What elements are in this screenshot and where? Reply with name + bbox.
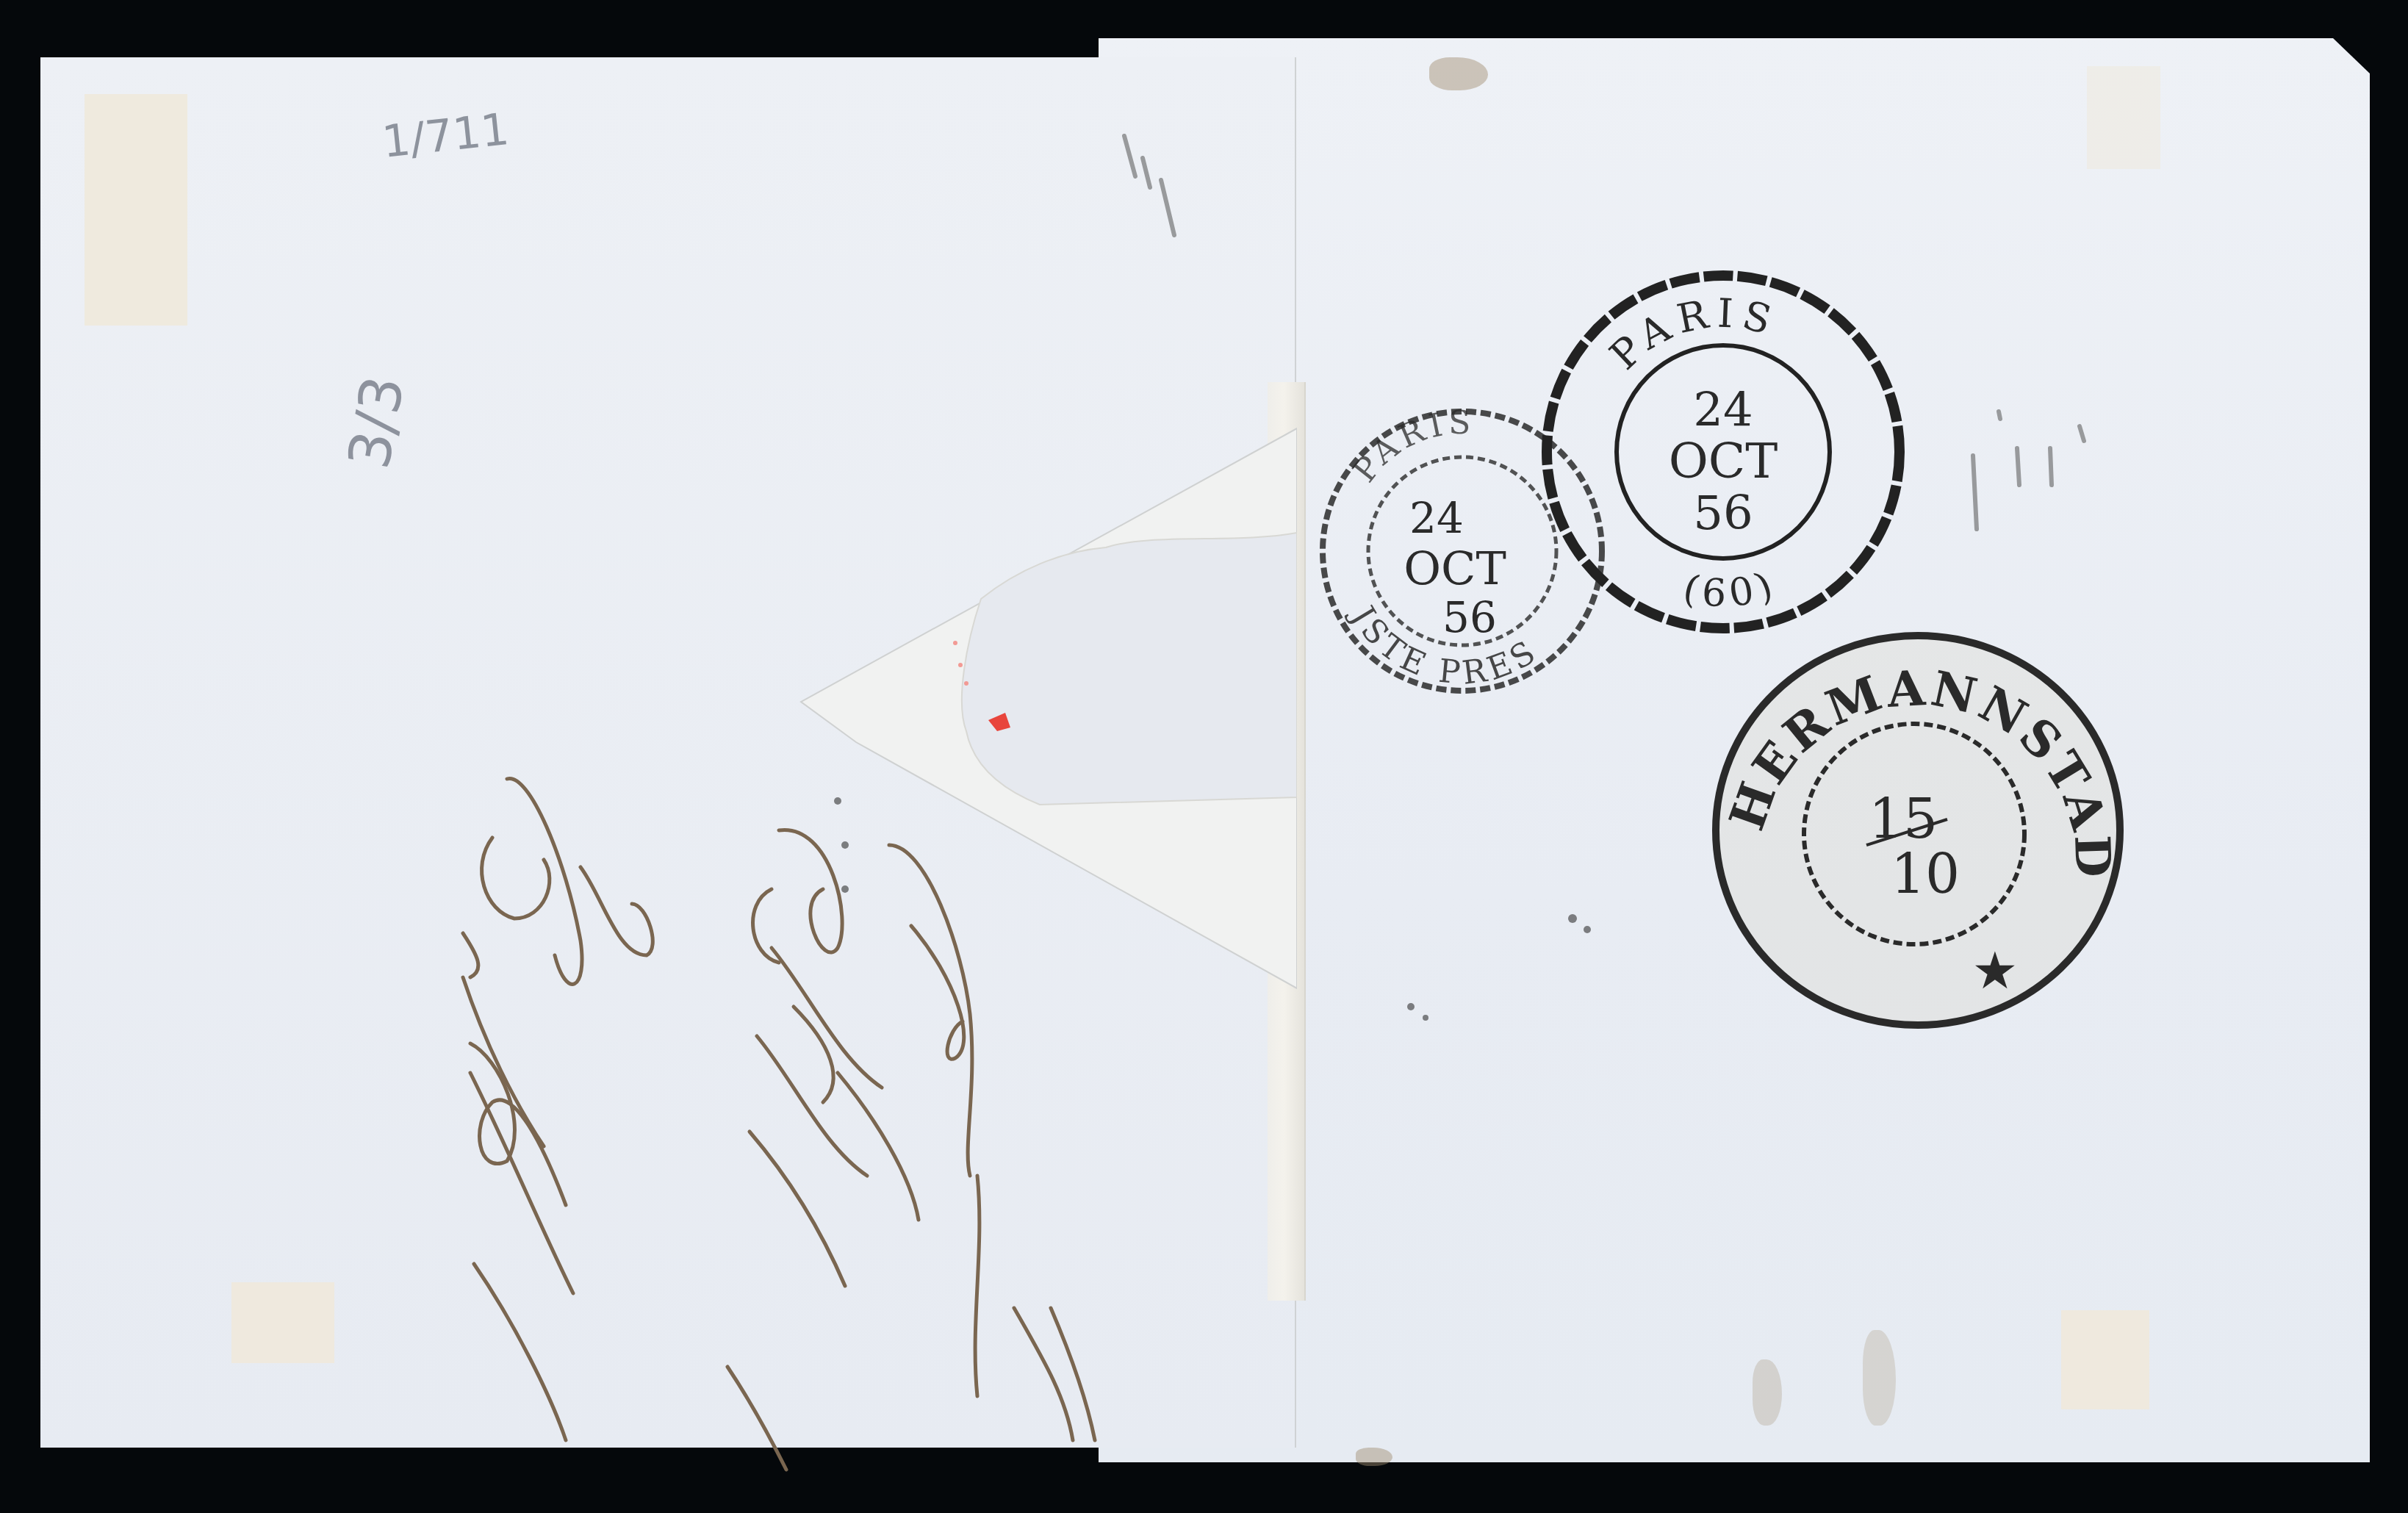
faint-postal-marks	[0, 0, 2408, 1513]
